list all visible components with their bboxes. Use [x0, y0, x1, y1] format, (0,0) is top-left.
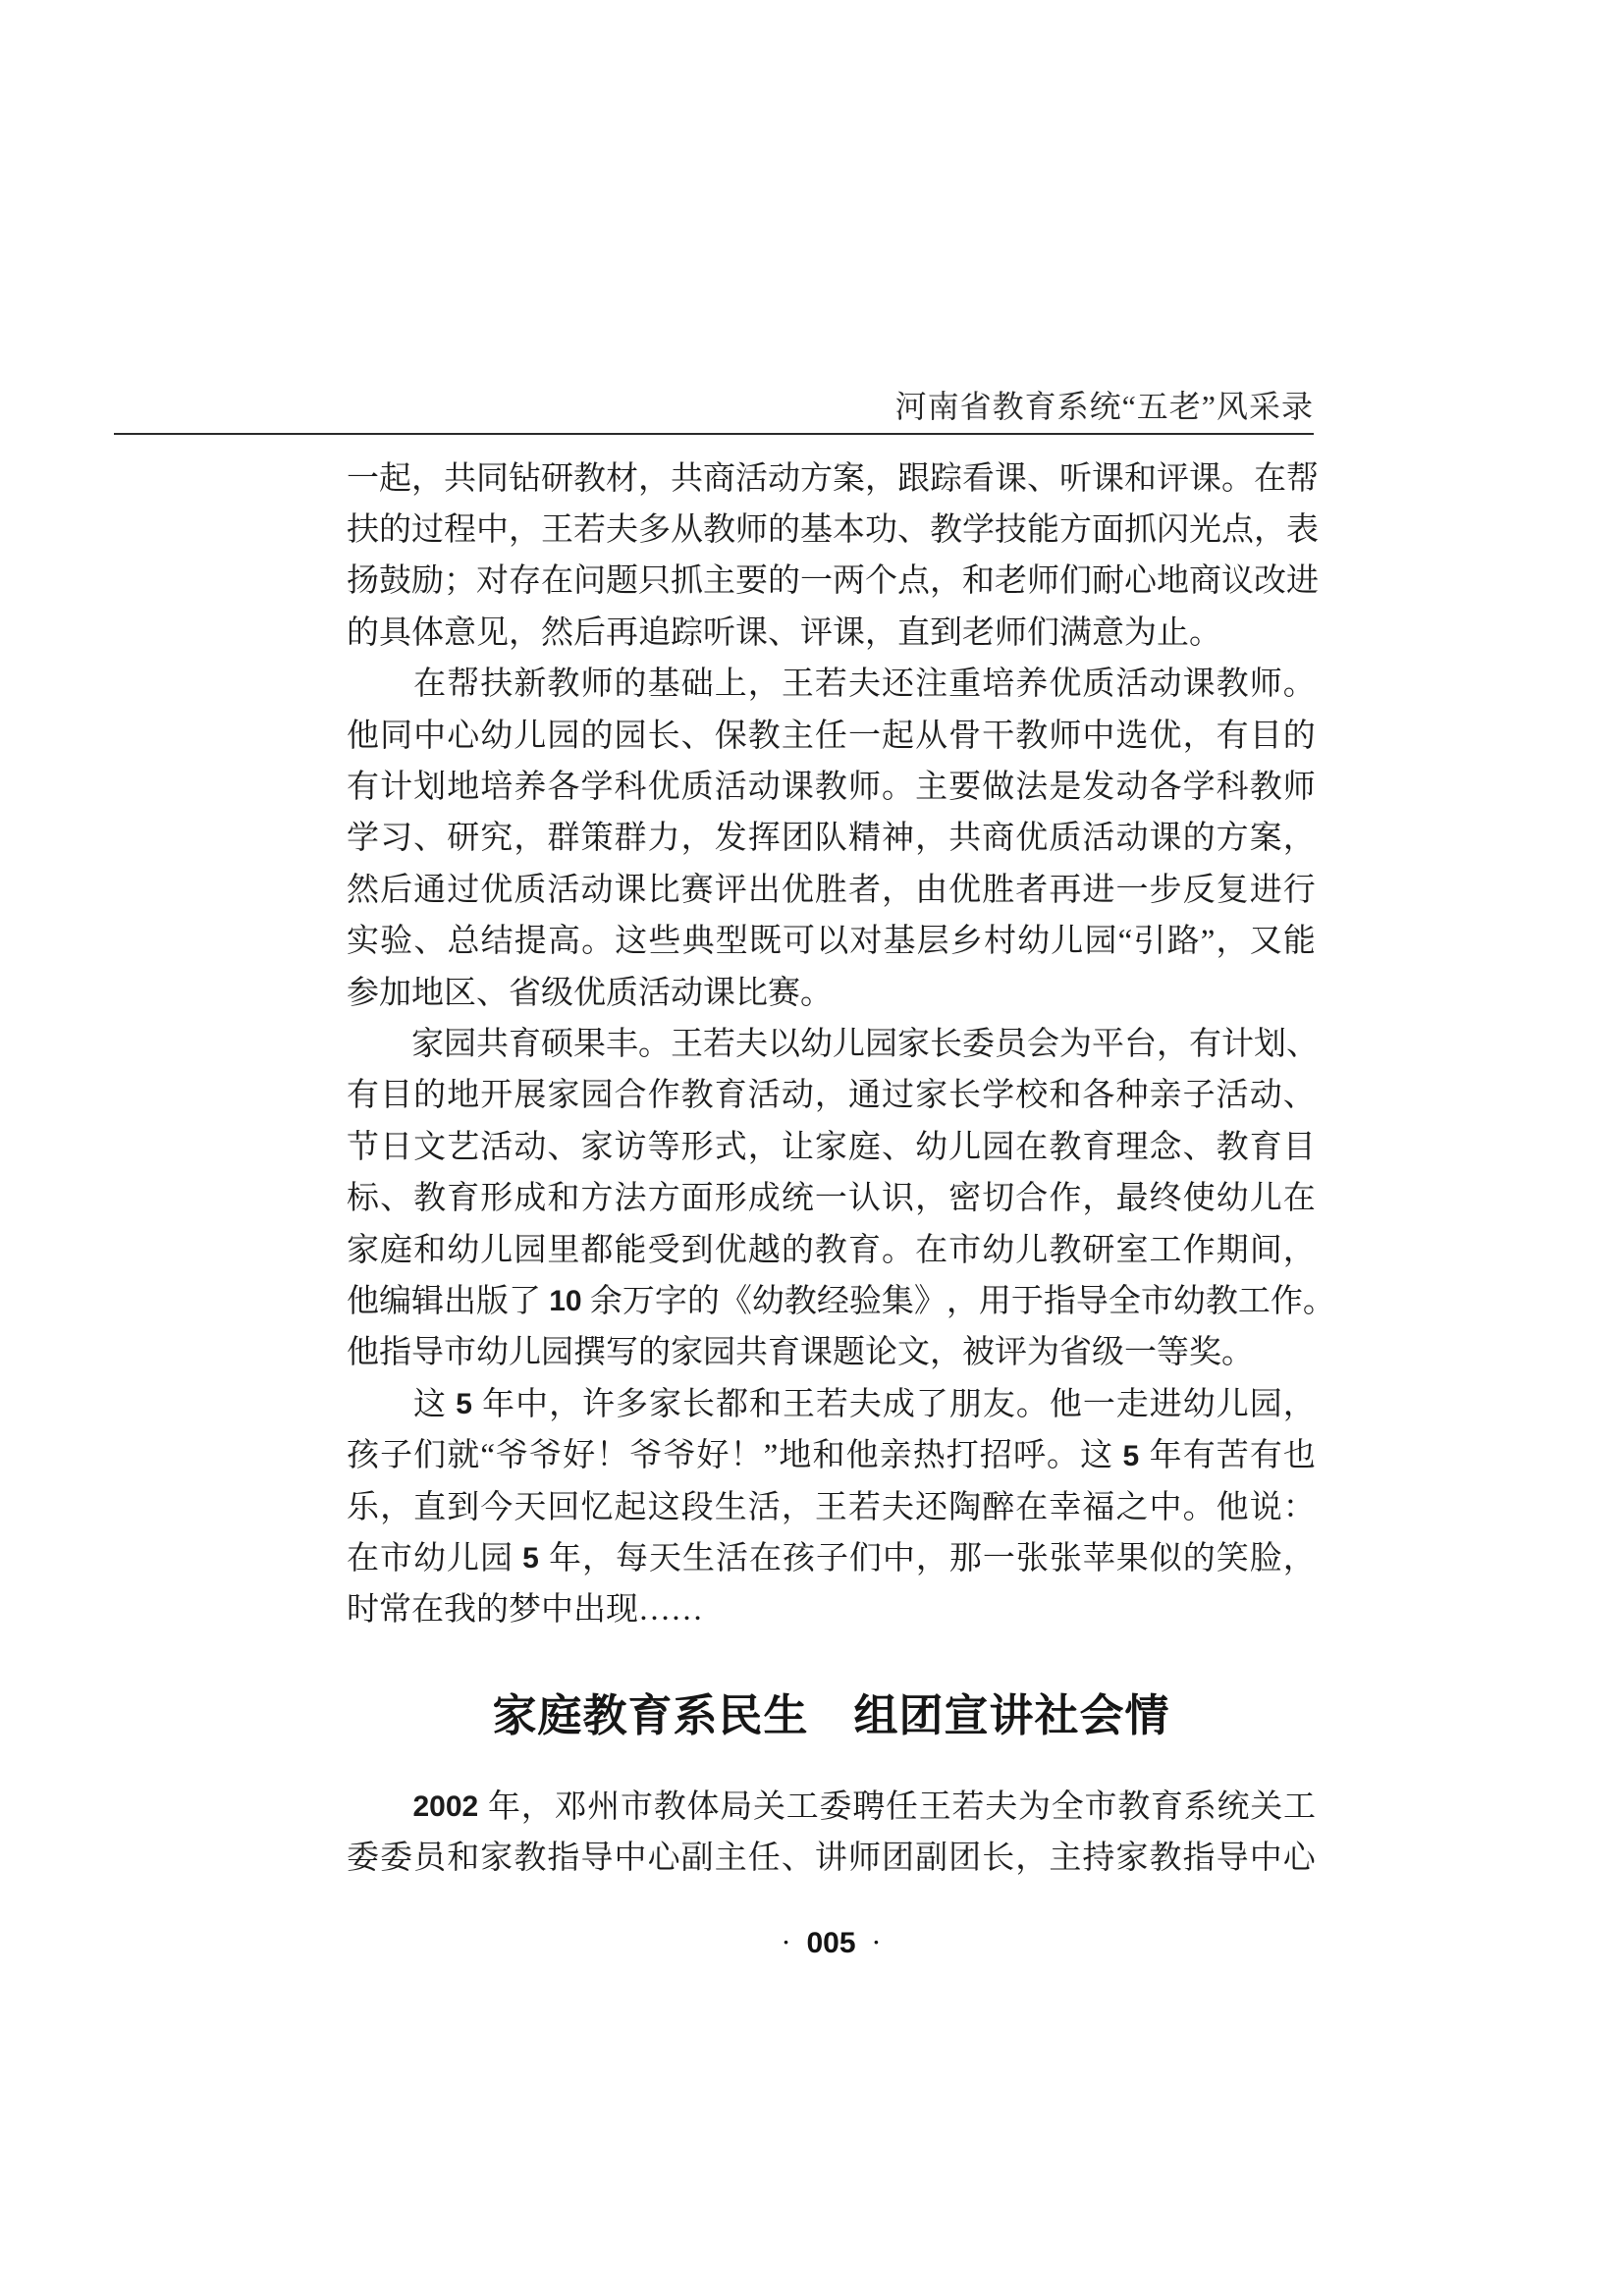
text-line: 实验、总结提高。这些典型既可以对基层乡村幼儿园“引路”，又能 [347, 917, 1316, 968]
text-line: 然后通过优质活动课比赛评出优胜者，由优胜者再进一步反复进行 [347, 865, 1316, 916]
text-line: 这 5 年中，许多家长都和王若夫成了朋友。他一走进幼儿园， [347, 1379, 1316, 1430]
header-rule [114, 433, 1314, 435]
text-line: 节日文艺活动、家访等形式，让家庭、幼儿园在教育理念、教育目 [347, 1122, 1316, 1173]
text-line: 2002 年，邓州市教体局关工委聘任王若夫为全市教育系统关工 [347, 1782, 1316, 1833]
text-line: 参加地区、省级优质活动课比赛。 [347, 968, 1316, 1019]
text-line: 有计划地培养各学科优质活动课教师。主要做法是发动各学科教师 [347, 762, 1316, 813]
body-text-before-heading: 一起，共同钻研教材，共商活动方案，跟踪看课、听课和评课。在帮扶的过程中，王若夫多… [347, 454, 1316, 1636]
text-line: 一起，共同钻研教材，共商活动方案，跟踪看课、听课和评课。在帮 [347, 454, 1316, 505]
text-line: 时常在我的梦中出现…… [347, 1585, 1316, 1636]
text-line: 他指导市幼儿园撰写的家园共育课题论文，被评为省级一等奖。 [347, 1328, 1316, 1379]
text-line: 在市幼儿园 5 年，每天生活在孩子们中，那一张张苹果似的笑脸， [347, 1533, 1316, 1584]
text-line: 扬鼓励；对存在问题只抓主要的一两个点，和老师们耐心地商议改进 [347, 557, 1316, 608]
text-line: 委委员和家教指导中心副主任、讲师团副团长，主持家教指导中心 [347, 1833, 1316, 1884]
text-line: 孩子们就“爷爷好！爷爷好！”地和他亲热打招呼。这 5 年有苦有也 [347, 1430, 1316, 1481]
text-line: 扶的过程中，王若夫多从教师的基本功、教学技能方面抓闪光点，表 [347, 505, 1316, 556]
text-line: 学习、研究，群策群力，发挥团队精神，共商优质活动课的方案， [347, 814, 1316, 865]
book-page: 河南省教育系统“五老”风采录 一起，共同钻研教材，共商活动方案，跟踪看课、听课和… [0, 0, 1623, 2296]
text-line: 乐，直到今天回忆起这段生活，王若夫还陶醉在幸福之中。他说： [347, 1482, 1316, 1533]
body-text-after-heading: 2002 年，邓州市教体局关工委聘任王若夫为全市教育系统关工委委员和家教指导中心… [347, 1782, 1316, 1885]
text-line: 他编辑出版了 10 余万字的《幼教经验集》，用于指导全市幼教工作。 [347, 1276, 1316, 1327]
text-line: 标、教育形成和方法方面形成统一认识，密切合作，最终使幼儿在 [347, 1173, 1316, 1224]
page-number: · 005 · [347, 1920, 1316, 1965]
section-heading: 家庭教育系民生 组团宣讲社会情 [347, 1686, 1316, 1745]
text-line: 家园共育硕果丰。王若夫以幼儿园家长委员会为平台，有计划、 [347, 1019, 1316, 1070]
text-line: 他同中心幼儿园的园长、保教主任一起从骨干教师中选优，有目的 [347, 711, 1316, 762]
text-line: 家庭和幼儿园里都能受到优越的教育。在市幼儿教研室工作期间， [347, 1225, 1316, 1276]
text-line: 有目的地开展家园合作教育活动，通过家长学校和各种亲子活动、 [347, 1071, 1316, 1122]
text-line: 的具体意见，然后再追踪听课、评课，直到老师们满意为止。 [347, 608, 1316, 659]
running-header-title: 河南省教育系统“五老”风采录 [895, 388, 1314, 425]
text-line: 在帮扶新教师的基础上，王若夫还注重培养优质活动课教师。 [347, 660, 1316, 711]
page-number-value: 005 [806, 1927, 855, 1959]
